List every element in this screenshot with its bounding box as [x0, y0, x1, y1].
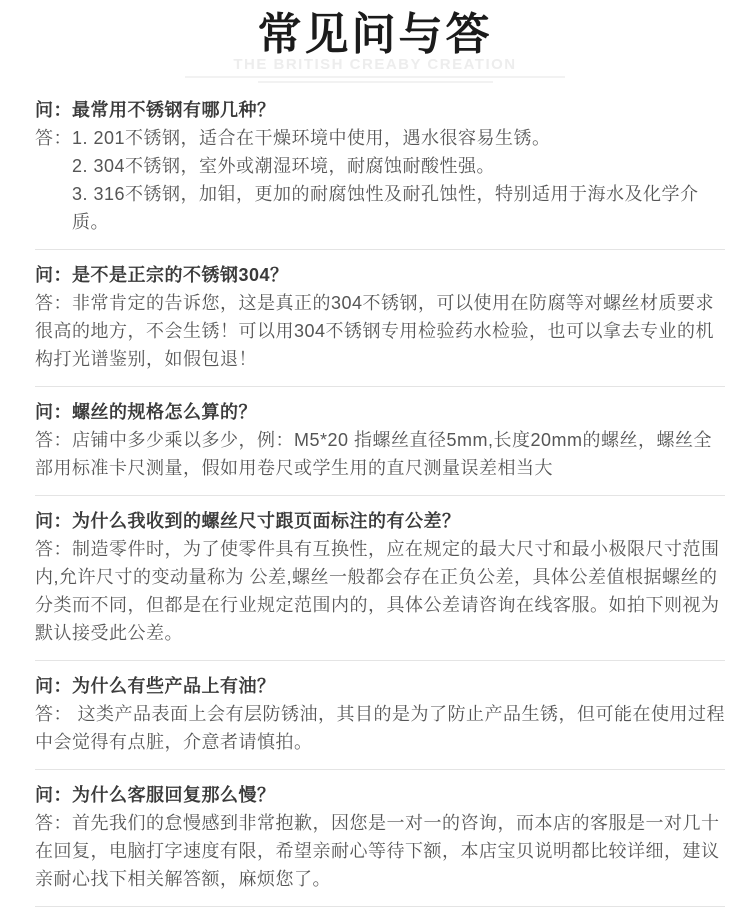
answer-list-item: 3. 316不锈钢，加钼，更加的耐腐蚀性及耐孔蚀性，特别适用于海水及化学介质。: [72, 180, 725, 236]
answer-text: 答： 这类产品表面上会有层防锈油，其目的是为了防止产品生锈，但可能在使用过程中会…: [35, 700, 725, 756]
answer-text: 答：店铺中多少乘以多少，例：M5*20 指螺丝直径5mm,长度20mm的螺丝，螺…: [35, 426, 725, 482]
page-header: 常见问与答 THE BRITISH CREABY CREATION: [0, 0, 750, 83]
answer-numbered-list: 1. 201不锈钢，适合在干燥环境中使用，遇水很容易生锈。 2. 304不锈钢，…: [72, 124, 725, 236]
faq-item-slow-reply: 问：为什么客服回复那么慢？ 答：首先我们的怠慢感到非常抱歉，因您是一对一的咨询，…: [35, 770, 725, 907]
faq-item-tolerance: 问：为什么我收到的螺丝尺寸跟页面标注的有公差？ 答：制造零件时，为了使零件具有互…: [35, 496, 725, 661]
faq-item-screw-spec: 问：螺丝的规格怎么算的？ 答：店铺中多少乘以多少，例：M5*20 指螺丝直径5m…: [35, 387, 725, 496]
faq-item-oil: 问：为什么有些产品上有油？ 答： 这类产品表面上会有层防锈油，其目的是为了防止产…: [35, 661, 725, 770]
question-text: 问：最常用不锈钢有哪几种？: [35, 96, 725, 124]
watermark-divider: [185, 76, 565, 78]
page-subtitle: THE BRITISH CREABY CREATION: [0, 56, 750, 73]
question-text: 问：螺丝的规格怎么算的？: [35, 398, 725, 426]
answer-text: 答：制造零件时，为了使零件具有互换性，应在规定的最大尺寸和最小极限尺寸范围内,允…: [35, 535, 725, 647]
faq-page: 常见问与答 THE BRITISH CREABY CREATION 问：最常用不…: [0, 0, 750, 907]
answer-text: 答： 1. 201不锈钢，适合在干燥环境中使用，遇水很容易生锈。 2. 304不…: [35, 124, 725, 236]
answer-prefix: 答：: [35, 124, 72, 236]
answer-list-item: 1. 201不锈钢，适合在干燥环境中使用，遇水很容易生锈。: [72, 124, 725, 152]
question-text: 问：为什么有些产品上有油？: [35, 672, 725, 700]
answer-text: 答：首先我们的怠慢感到非常抱歉，因您是一对一的咨询，而本店的客服是一对几十在回复…: [35, 809, 725, 893]
answer-list-item: 2. 304不锈钢，室外或潮湿环境，耐腐蚀耐酸性强。: [72, 152, 725, 180]
answer-text: 答：非常肯定的告诉您，这是真正的304不锈钢，可以使用在防腐等对螺丝材质要求很高…: [35, 289, 725, 373]
question-text: 问：为什么客服回复那么慢？: [35, 781, 725, 809]
faq-item-stainless-types: 问：最常用不锈钢有哪几种？ 答： 1. 201不锈钢，适合在干燥环境中使用，遇水…: [35, 85, 725, 250]
page-title: 常见问与答: [0, 10, 750, 60]
question-text: 问：是不是正宗的不锈钢304？: [35, 261, 725, 289]
question-text: 问：为什么我收到的螺丝尺寸跟页面标注的有公差？: [35, 507, 725, 535]
faq-list: 问：最常用不锈钢有哪几种？ 答： 1. 201不锈钢，适合在干燥环境中使用，遇水…: [0, 83, 750, 907]
faq-item-genuine-304: 问：是不是正宗的不锈钢304？ 答：非常肯定的告诉您，这是真正的304不锈钢，可…: [35, 250, 725, 387]
